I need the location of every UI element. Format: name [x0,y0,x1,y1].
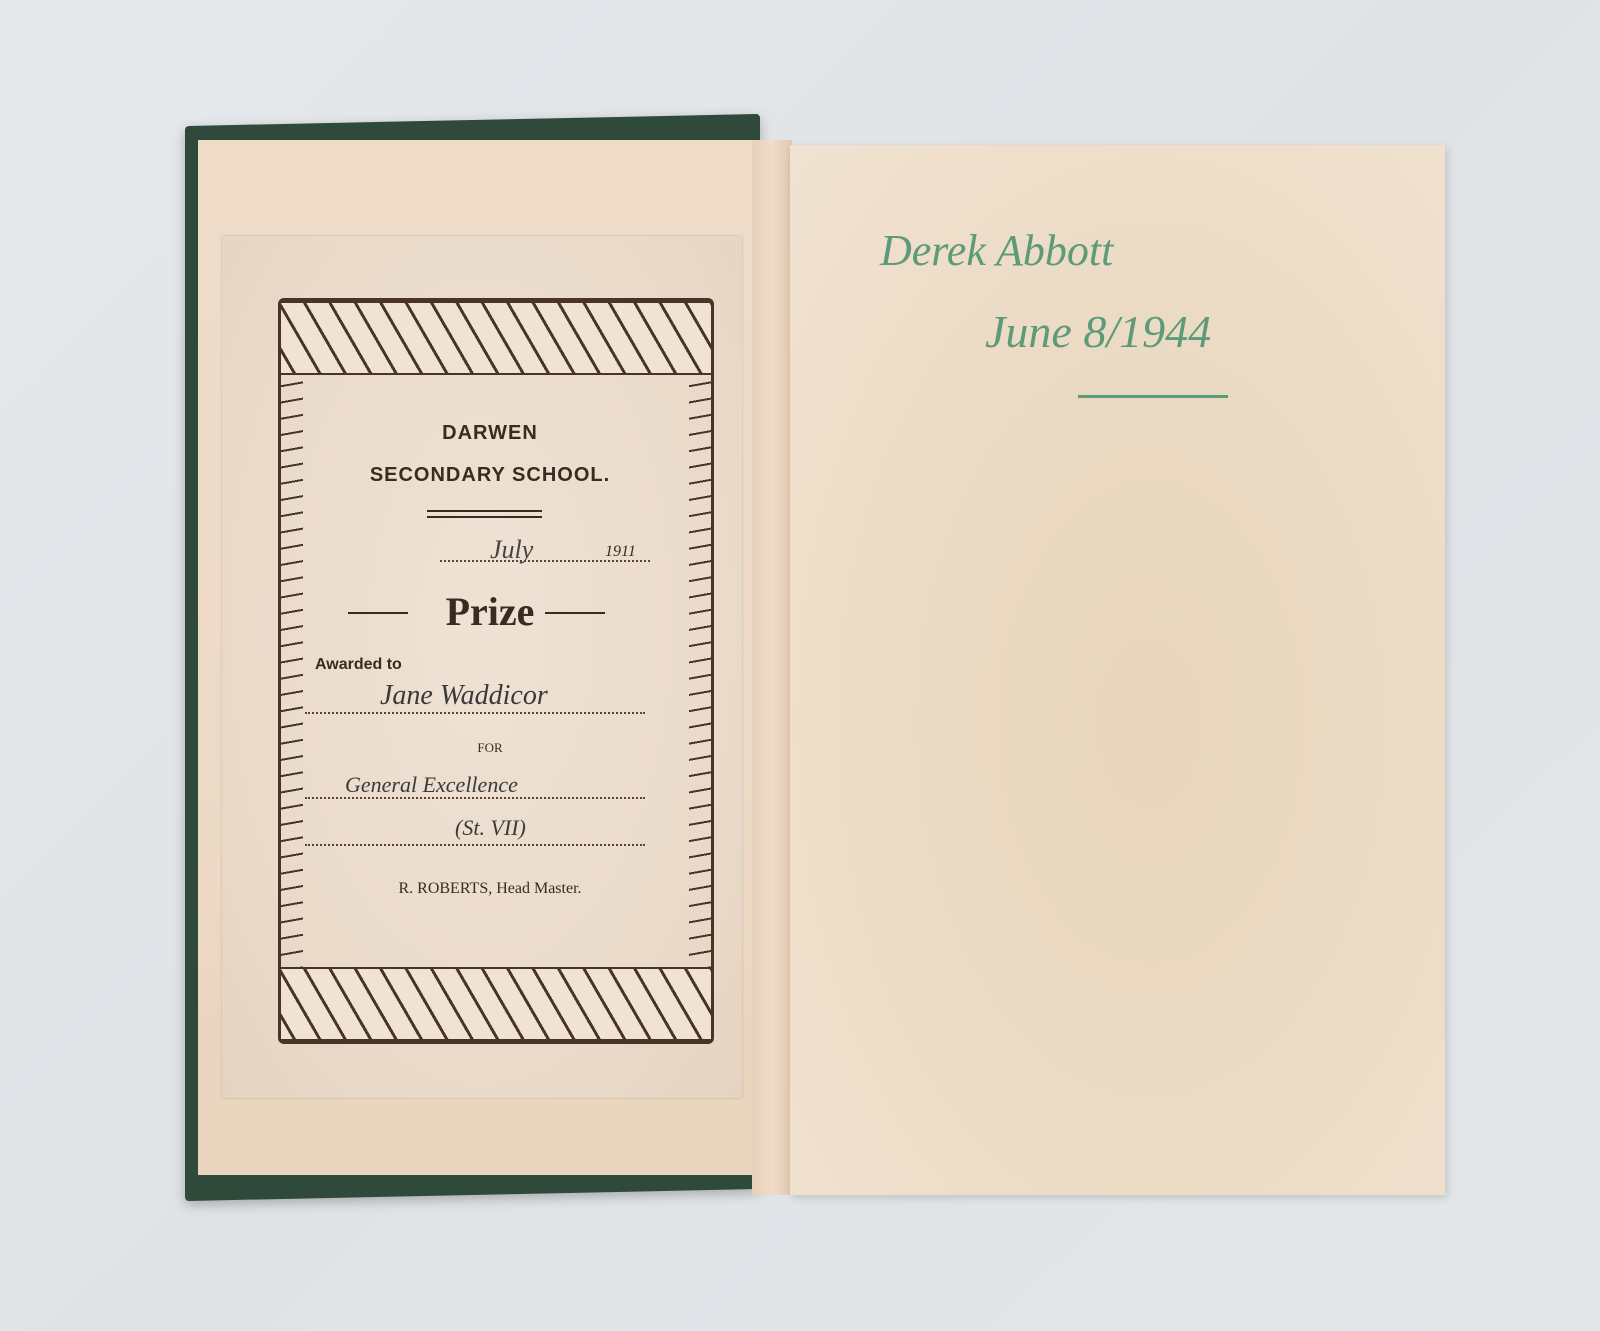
frame-bottom-knotwork [281,967,711,1041]
date-year: 1911 [605,543,636,561]
reason-handwritten: General Excellence [345,772,518,798]
standard-dotted-line [305,844,645,846]
standard-handwritten: (St. VII) [455,815,526,841]
awarded-label: Awarded to [315,656,402,674]
recipient-dotted-line [305,712,645,714]
double-rule-bottom [427,516,542,518]
owner-name-inscription: Derek Abbott [880,225,1113,276]
school-name-line2: SECONDARY SCHOOL. [300,464,680,487]
frame-right-vine [689,371,711,971]
owner-date-inscription: June 8/1944 [985,305,1211,358]
school-name-line1: DARWEN [300,422,680,445]
frame-top-knotwork [281,301,711,375]
double-rule-top [427,510,542,512]
recipient-handwritten: Jane Waddicor [380,680,548,712]
flyleaf-page [790,145,1445,1195]
book-gutter [752,140,792,1195]
inscription-underline [1078,395,1228,398]
date-handwritten: July [490,535,533,565]
prize-title: Prize [300,588,680,635]
prize-right-flourish [545,612,605,614]
for-label: FOR [300,740,680,756]
headmaster-signature: R. ROBERTS, Head Master. [300,880,680,898]
